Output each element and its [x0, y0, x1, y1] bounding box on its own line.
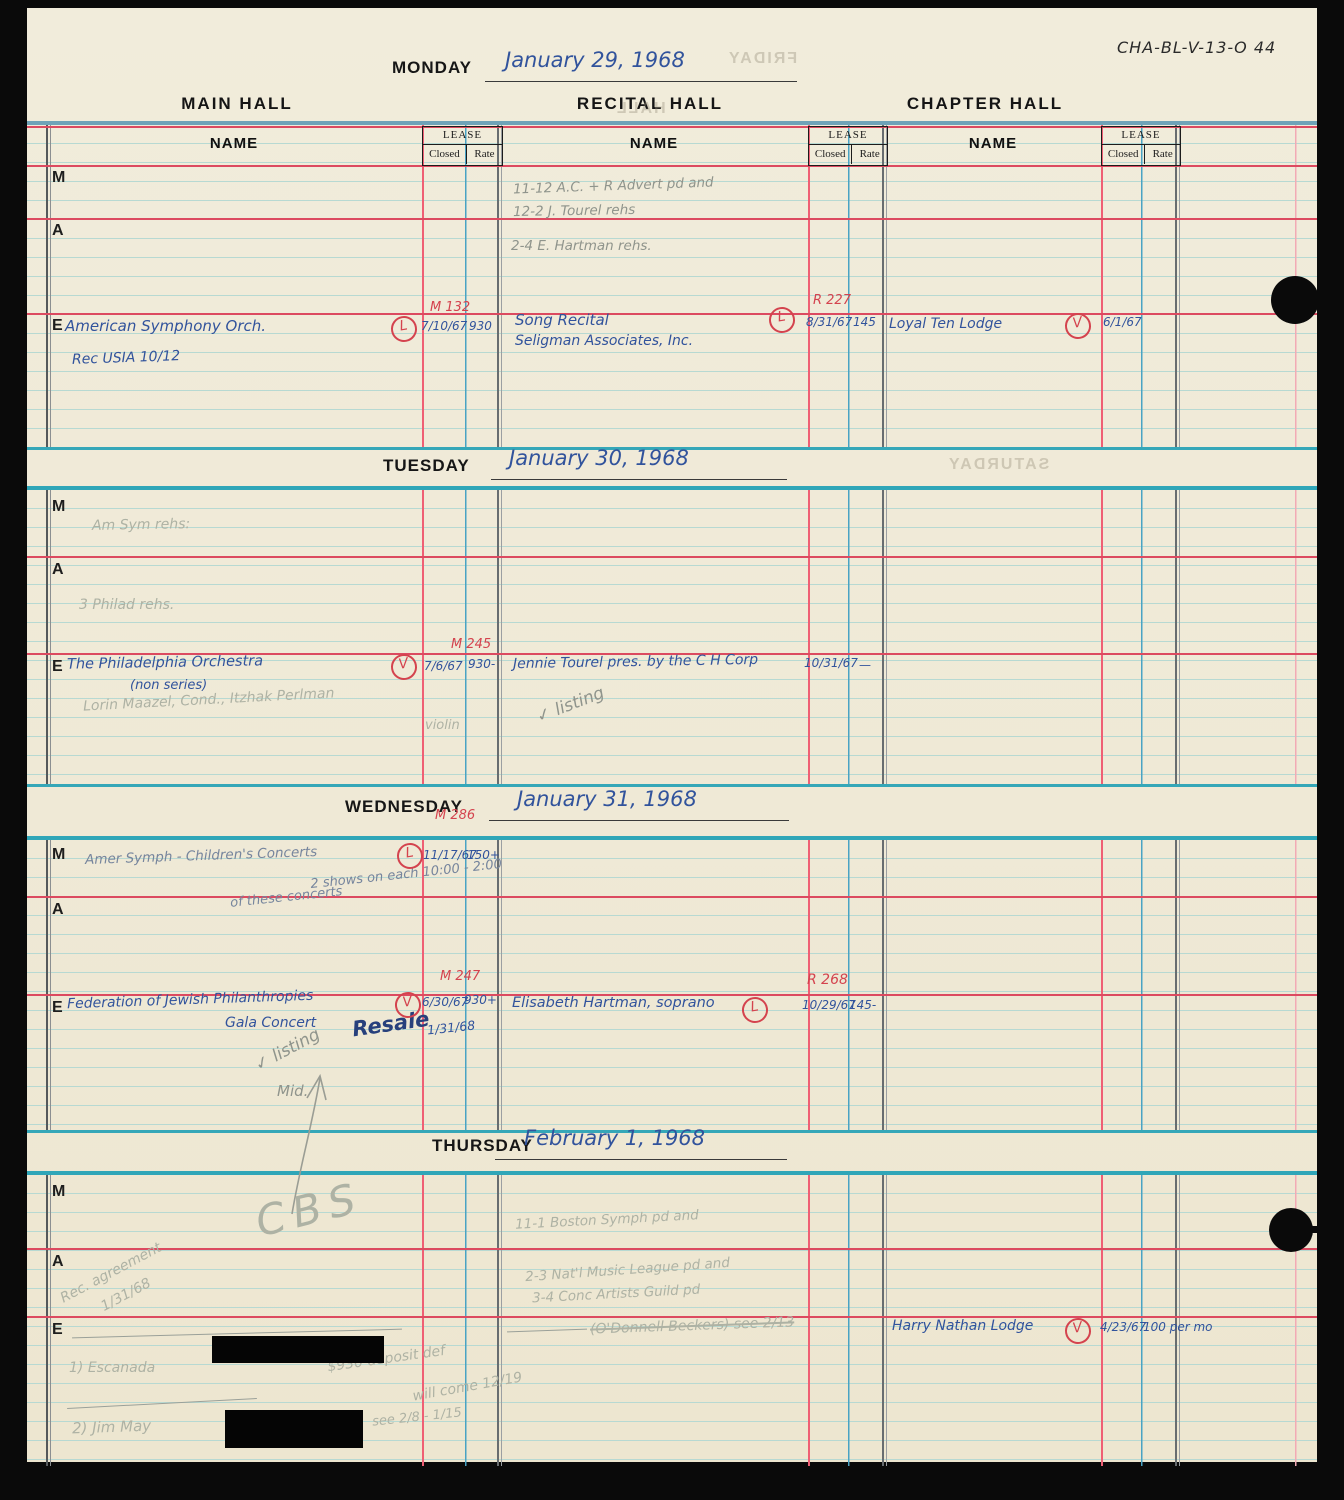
day-block-wednesday: M A E Amer Symph - Children's Concerts 2… [27, 836, 1317, 1133]
entry-main-e-note: Rec USIA 10/12 [72, 348, 181, 368]
row-label-a: A [52, 222, 64, 240]
lease-mark-circle: L [389, 314, 419, 344]
day-label-monday: MONDAY [392, 58, 472, 78]
lease-closed-date: 6/1/67 [1103, 315, 1142, 329]
day-block-tuesday: M A E Am Sym rehs: 3 Philad rehs. The Ph… [27, 486, 1317, 787]
entry-recital-m1: 11-1 Boston Symph pd and [515, 1207, 699, 1233]
row-label-m: M [52, 1183, 65, 1201]
entry-main-e-line3b: see 2/8 - 1/15 [371, 1405, 462, 1429]
rate-label: Rate [1145, 145, 1180, 164]
date-underline [485, 81, 797, 82]
entry-main-e-resale-date: 1/31/68 [426, 1018, 475, 1038]
colhead-name-recital: NAME [630, 135, 678, 152]
entry-main-e-name: American Symphony Orch. [65, 317, 266, 335]
lease-mark-circle: V [1063, 1316, 1093, 1346]
lease-code: R 268 [807, 972, 848, 988]
entry-main-e-note: Lorin Maazel, Cond., Itzhak Perlman [83, 685, 335, 714]
lease-rate: 930+ [464, 993, 497, 1007]
day-label-thursday: THURSDAY [432, 1136, 533, 1156]
day-date-wednesday: January 31, 1968 [517, 787, 697, 811]
redaction-bar [212, 1336, 384, 1363]
lease-code: M 286 [435, 808, 475, 823]
row-label-m: M [52, 846, 65, 864]
rule-line [27, 1316, 1317, 1318]
rule-line [27, 218, 1317, 220]
lease-closed-date: 6/30/67 [422, 995, 468, 1009]
entry-main-e-name2: Gala Concert [225, 1015, 316, 1031]
row-label-a: A [52, 901, 64, 919]
redaction-bar [225, 1410, 363, 1448]
row-label-e: E [52, 658, 63, 676]
lease-header-main: LEASE ClosedRate [422, 126, 503, 166]
row-label-a: A [52, 561, 64, 579]
strikethrough-scribble [507, 1329, 587, 1333]
lease-code: R 227 [813, 293, 851, 308]
rule-line [27, 1248, 1317, 1250]
entry-main-e-name: The Philadelphia Orchestra [67, 653, 263, 672]
day-block-thursday: M A E CBS Rec. agreement 1/31/68 11-1 Bo… [27, 1171, 1317, 1466]
document-number: CHA-BL-V-13-O 44 [1117, 38, 1276, 57]
lease-closed-date: 10/29/67 [802, 998, 856, 1012]
entry-main-e-name2: (non series) [130, 678, 207, 693]
entry-recital-a2: 3-4 Conc Artists Guild pd [532, 1282, 701, 1307]
entry-recital-e-note: ✓ listing [534, 683, 607, 727]
strikethrough-scribble [67, 1398, 257, 1409]
lease-rate: 930- [468, 657, 495, 671]
day-date-monday: January 29, 1968 [505, 48, 685, 72]
entry-main-e-line3: 2) Jim May [72, 1417, 152, 1438]
colhead-name-main: NAME [210, 135, 258, 152]
entry-main-m: Am Sym rehs: [92, 516, 190, 534]
lease-closed-date: 10/31/67 [804, 656, 858, 670]
entry-recital-e-line: (O'Donnell Beckers) see 2/13 [590, 1314, 795, 1337]
rate-label: Rate [852, 145, 887, 164]
lease-header-chapter: LEASE ClosedRate [1101, 126, 1181, 166]
closed-label: Closed [1102, 145, 1145, 164]
entry-recital-e-name2: Seligman Associates, Inc. [515, 333, 693, 349]
lease-label: LEASE [423, 127, 502, 145]
lease-closed-date: 8/31/67 [806, 315, 852, 329]
entry-chapter-e-name: Loyal Ten Lodge [889, 316, 1002, 332]
entry-main-e-note2: violin [425, 718, 460, 733]
entry-recital-m2: 12-2 J. Tourel rehs [513, 202, 635, 220]
bleedthrough-saturday: SATURDAY [947, 456, 1049, 474]
entry-main-m3: of these concerts [230, 884, 344, 911]
lease-header-recital: LEASE ClosedRate [808, 126, 888, 166]
lease-rate: 930 [469, 319, 492, 333]
date-underline [495, 1159, 787, 1160]
hall-title-chapter: CHAPTER HALL [907, 94, 1063, 114]
lease-rate: 145 [853, 315, 876, 329]
lease-closed-date: 7/10/67 [421, 319, 467, 333]
entry-chapter-e-name: Harry Nathan Lodge [892, 1318, 1033, 1334]
entry-main-e-line2: 1) Escanada [69, 1360, 155, 1376]
entry-recital-a1: 2-4 E. Hartman rehs. [511, 238, 652, 254]
rate-label: Rate [467, 145, 502, 164]
colhead-name-chapter: NAME [969, 135, 1017, 152]
lease-mark-circle: L [740, 995, 770, 1025]
bleedthrough-friday: FRIDAY [727, 50, 797, 68]
entry-recital-e-name: Song Recital [515, 311, 609, 329]
ledger-paper: FRIDAY HALL SATURDAY CHA-BL-V-13-O 44 MO… [27, 8, 1317, 1462]
scanned-ledger-page: FRIDAY HALL SATURDAY CHA-BL-V-13-O 44 MO… [0, 0, 1344, 1500]
lease-rate: — [859, 658, 871, 672]
entry-main-e-name: Federation of Jewish Philanthropies [67, 988, 314, 1013]
bleedthrough-hall: HALL [615, 100, 666, 118]
entry-main-a: 3 Philad rehs. [79, 597, 174, 613]
date-underline [489, 820, 789, 821]
lease-rate: 145- [849, 998, 876, 1012]
lease-rate: 150+ [467, 848, 500, 862]
date-underline [491, 479, 787, 480]
lease-code: M 132 [430, 300, 470, 315]
day-date-tuesday: January 30, 1968 [509, 446, 689, 470]
row-label-e: E [52, 317, 63, 335]
closed-label: Closed [809, 145, 852, 164]
lease-mark-circle: V [1063, 311, 1093, 341]
day-label-tuesday: TUESDAY [383, 456, 470, 476]
lease-closed-date: 7/6/67 [424, 659, 463, 673]
row-label-e: E [52, 1321, 63, 1339]
entry-main-m1: Amer Symph - Children's Concerts [85, 844, 318, 868]
rule-line [27, 896, 1317, 898]
entry-recital-e-name: Jennie Tourel pres. by the C H Corp [513, 652, 758, 672]
day-date-thursday: February 1, 1968 [524, 1126, 705, 1150]
row-label-m: M [52, 169, 65, 187]
closed-label: Closed [423, 145, 467, 164]
binder-hole-tab [1293, 1226, 1319, 1233]
row-label-e: E [52, 999, 63, 1017]
lease-closed-date: 4/23/67 [1100, 1320, 1146, 1334]
lease-code: M 247 [440, 969, 480, 984]
lease-label: LEASE [809, 127, 887, 145]
lease-mark-circle: L [767, 305, 797, 335]
entry-main-e-line2c: will come 12/19 [411, 1369, 523, 1404]
row-label-m: M [52, 498, 65, 516]
row-label-a: A [52, 1253, 64, 1271]
lease-code: M 245 [451, 637, 491, 652]
hall-title-main: MAIN HALL [181, 94, 292, 114]
rule-line [27, 556, 1317, 558]
lease-label: LEASE [1102, 127, 1180, 145]
entry-recital-m1: 11-12 A.C. + R Advert pd and [513, 175, 714, 198]
entry-recital-e-name: Elisabeth Hartman, soprano [512, 995, 715, 1011]
day-block-monday: NAME NAME NAME LEASE ClosedRate LEASE Cl… [27, 121, 1317, 450]
lease-rate: 100 per mo [1143, 1320, 1213, 1334]
lease-mark-circle: V [389, 652, 419, 682]
binder-hole-tab [1297, 296, 1319, 302]
